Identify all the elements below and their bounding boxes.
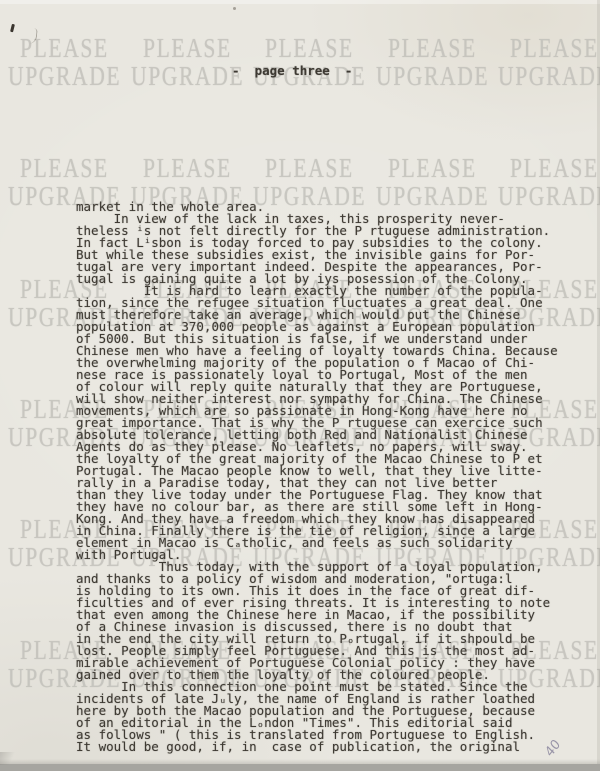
watermark-word-upgrade: UPGRADE: [376, 63, 489, 90]
text-line: It would be good, if, in case of publica…: [76, 741, 558, 753]
watermark-word-upgrade: UPGRADE: [8, 63, 121, 90]
watermark-word-please: PLEASE: [143, 35, 232, 62]
watermark-word-please: PLEASE: [265, 35, 354, 62]
watermark-word-please: PLEASE: [388, 155, 477, 182]
watermark-word-upgrade: UPGRADE: [498, 63, 600, 90]
scanned-document: { "page": { "header": "- page three -", …: [0, 0, 600, 771]
corner-shadow: [0, 752, 18, 765]
scan-edge-bottom: [0, 764, 600, 771]
page-number-header: - page three -: [232, 64, 352, 78]
watermark-word-upgrade: UPGRADE: [131, 63, 244, 90]
document-page: PLEASEUPGRADEPLEASEUPGRADEPLEASEUPGRADEP…: [0, 0, 600, 771]
watermark-word-please: PLEASE: [510, 155, 599, 182]
watermark-word-please: PLEASE: [510, 35, 599, 62]
dust-speck: [233, 7, 236, 10]
typewritten-text-block: market in the whole area. In view of the…: [76, 201, 558, 753]
watermark-word-please: PLEASE: [20, 155, 109, 182]
watermark-word-please: PLEASE: [388, 35, 477, 62]
watermark-word-please: PLEASE: [143, 155, 232, 182]
watermark-word-please: PLEASE: [265, 155, 354, 182]
scan-edge-top: [0, 0, 600, 4]
